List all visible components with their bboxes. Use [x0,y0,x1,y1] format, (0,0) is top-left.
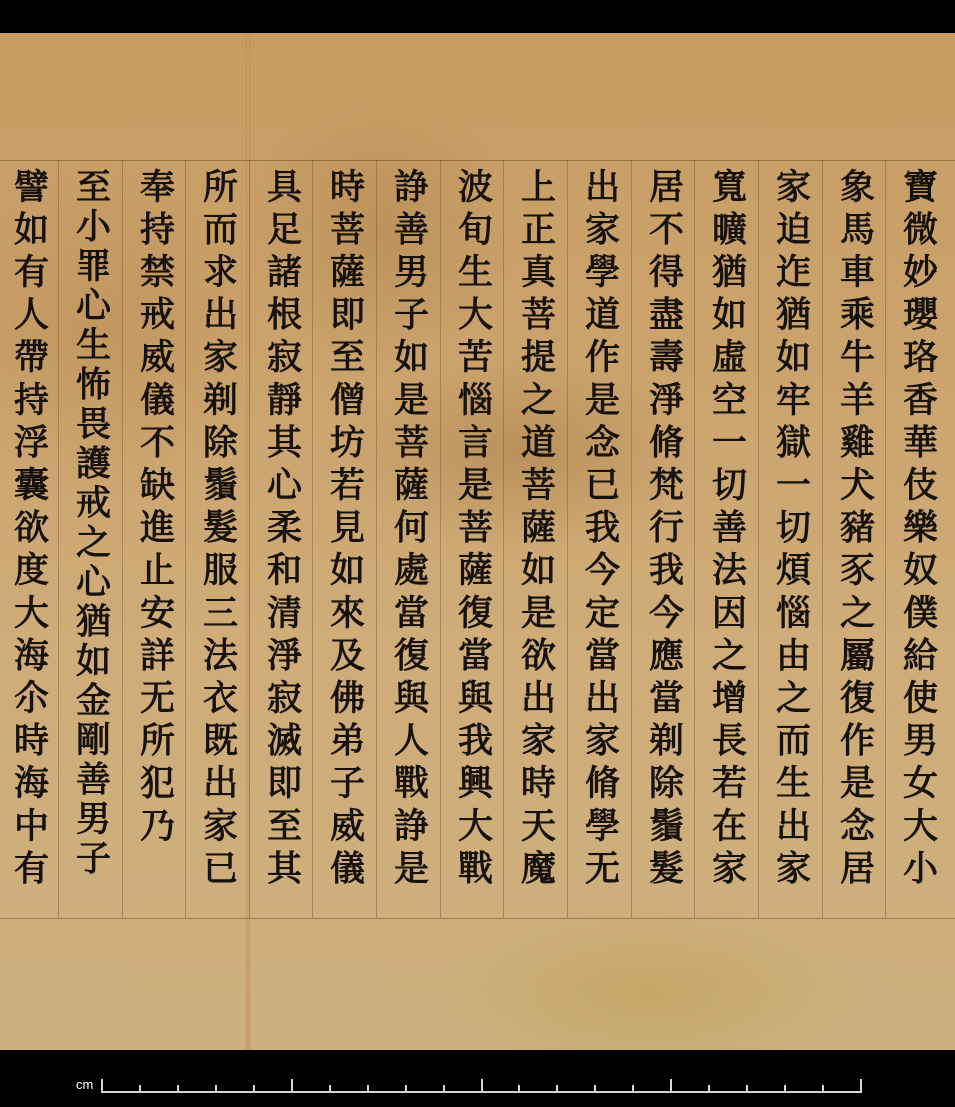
column-text: 所而求出家剃除鬚髮服三法衣既出家已 [201,168,236,892]
column-text: 至小罪心生怖畏護戒之心猶如金剛善男子 [74,168,109,879]
column-text: 波旬生大苦惱言是菩薩復當與我興大戰 [456,168,491,892]
text-column-6: 出家學道作是念已我今定當出家脩學无 [567,160,632,918]
scale-tick [784,1085,786,1093]
text-column-12: 所而求出家剃除鬚髮服三法衣既出家已 [185,160,250,918]
column-text: 時菩薩即至僧坊若見如來及佛弟子威儀 [328,168,363,892]
scale-ruler [102,1091,861,1093]
text-column-8: 波旬生大苦惱言是菩薩復當與我興大戰 [440,160,505,918]
scale-tick [291,1079,293,1093]
text-column-4: 寬曠猶如虛空一切善法因之增長若在家 [694,160,759,918]
text-column-2: 象馬車乘牛羊雞犬豬豕之屬復作是念居 [822,160,887,918]
scale-tick [101,1079,103,1093]
column-text: 寬曠猶如虛空一切善法因之增長若在家 [710,168,745,892]
scale-tick [822,1085,824,1093]
column-text: 象馬車乘牛羊雞犬豬豕之屬復作是念居 [838,168,873,892]
scale-tick [253,1085,255,1093]
bottom-ruling-line [0,918,955,919]
scale-tick [367,1085,369,1093]
column-text: 家迫迮猶如牢獄一切煩惱由之而生出家 [774,168,809,892]
column-text: 出家學道作是念已我今定當出家脩學无 [583,168,618,892]
text-columns: 寶微妙瓔珞香華伎樂奴僕給使男女大小 象馬車乘牛羊雞犬豬豕之屬復作是念居 家迫迮猶… [0,160,955,918]
column-text: 奉持禁戒威儀不缺進止安詳无所犯乃 [138,168,173,850]
column-text: 寶微妙瓔珞香華伎樂奴僕給使男女大小 [901,168,936,892]
scale-tick [405,1085,407,1093]
scale-bar-area: cm [0,1050,955,1107]
scale-tick [632,1085,634,1093]
scale-tick [670,1079,672,1093]
text-column-5: 居不得盡壽淨脩梵行我今應當剃除鬚髮 [631,160,696,918]
scale-tick [177,1085,179,1093]
text-column-3: 家迫迮猶如牢獄一切煩惱由之而生出家 [758,160,823,918]
scale-tick [329,1085,331,1093]
scale-tick [556,1085,558,1093]
scale-tick [594,1085,596,1093]
text-column-13: 奉持禁戒威儀不缺進止安詳无所犯乃 [122,160,187,918]
scale-tick [215,1085,217,1093]
text-column-10: 時菩薩即至僧坊若見如來及佛弟子威儀 [312,160,377,918]
column-text: 譬如有人帶持浮囊欲度大海尒時海中有 [12,168,47,892]
text-column-9: 諍善男子如是菩薩何處當復與人戰諍是 [376,160,441,918]
scale-tick [443,1085,445,1093]
column-text: 居不得盡壽淨脩梵行我今應當剃除鬚髮 [647,168,682,892]
text-column-1: 寶微妙瓔珞香華伎樂奴僕給使男女大小 [885,160,950,918]
text-column-7: 上正真菩提之道菩薩如是欲出家時天魔 [503,160,568,918]
scale-unit-label: cm [76,1077,93,1092]
text-column-15: 譬如有人帶持浮囊欲度大海尒時海中有 [0,160,61,918]
scale-tick [481,1079,483,1093]
text-column-14: 至小罪心生怖畏護戒之心猶如金剛善男子 [58,160,123,918]
scale-tick [708,1085,710,1093]
scale-tick [746,1085,748,1093]
scale-tick [139,1085,141,1093]
scale-tick [518,1085,520,1093]
column-text: 具足諸根寂靜其心柔和清淨寂滅即至其 [265,168,300,892]
column-text: 諍善男子如是菩薩何處當復與人戰諍是 [392,168,427,892]
scale-tick [860,1079,862,1093]
text-column-11: 具足諸根寂靜其心柔和清淨寂滅即至其 [249,160,314,918]
manuscript-scroll: 寶微妙瓔珞香華伎樂奴僕給使男女大小 象馬車乘牛羊雞犬豬豕之屬復作是念居 家迫迮猶… [0,33,955,1050]
column-text: 上正真菩提之道菩薩如是欲出家時天魔 [519,168,554,892]
